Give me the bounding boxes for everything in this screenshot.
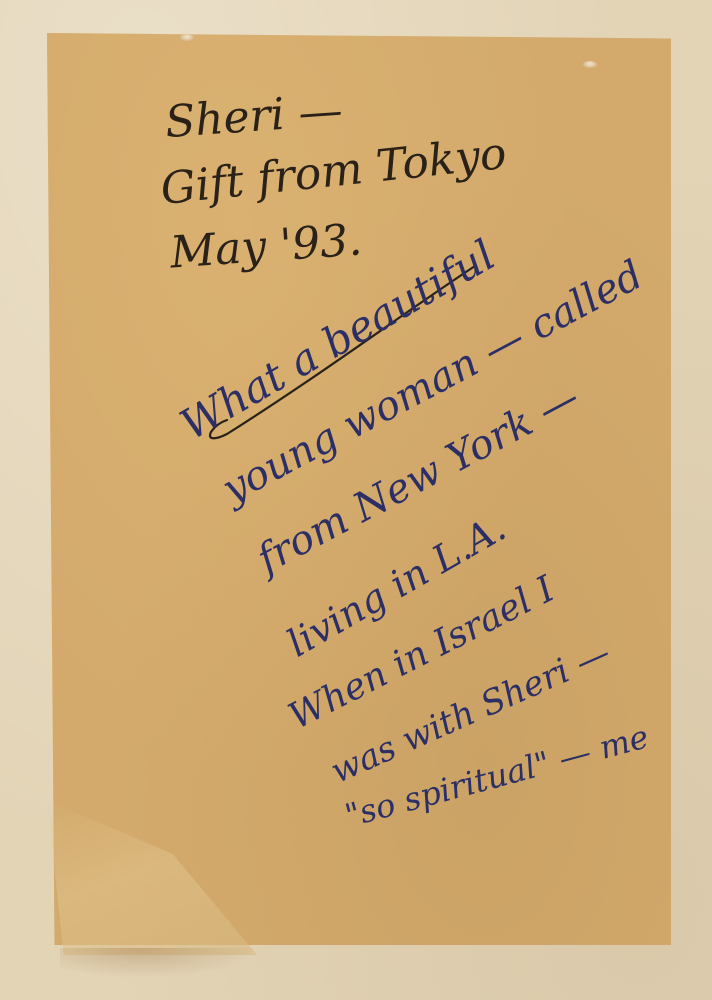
mounting-pin-right — [583, 61, 597, 68]
folded-corner-shadow — [60, 948, 260, 978]
mounting-pin-left — [180, 34, 194, 41]
header-line-recipient: Sheri — — [164, 89, 344, 145]
